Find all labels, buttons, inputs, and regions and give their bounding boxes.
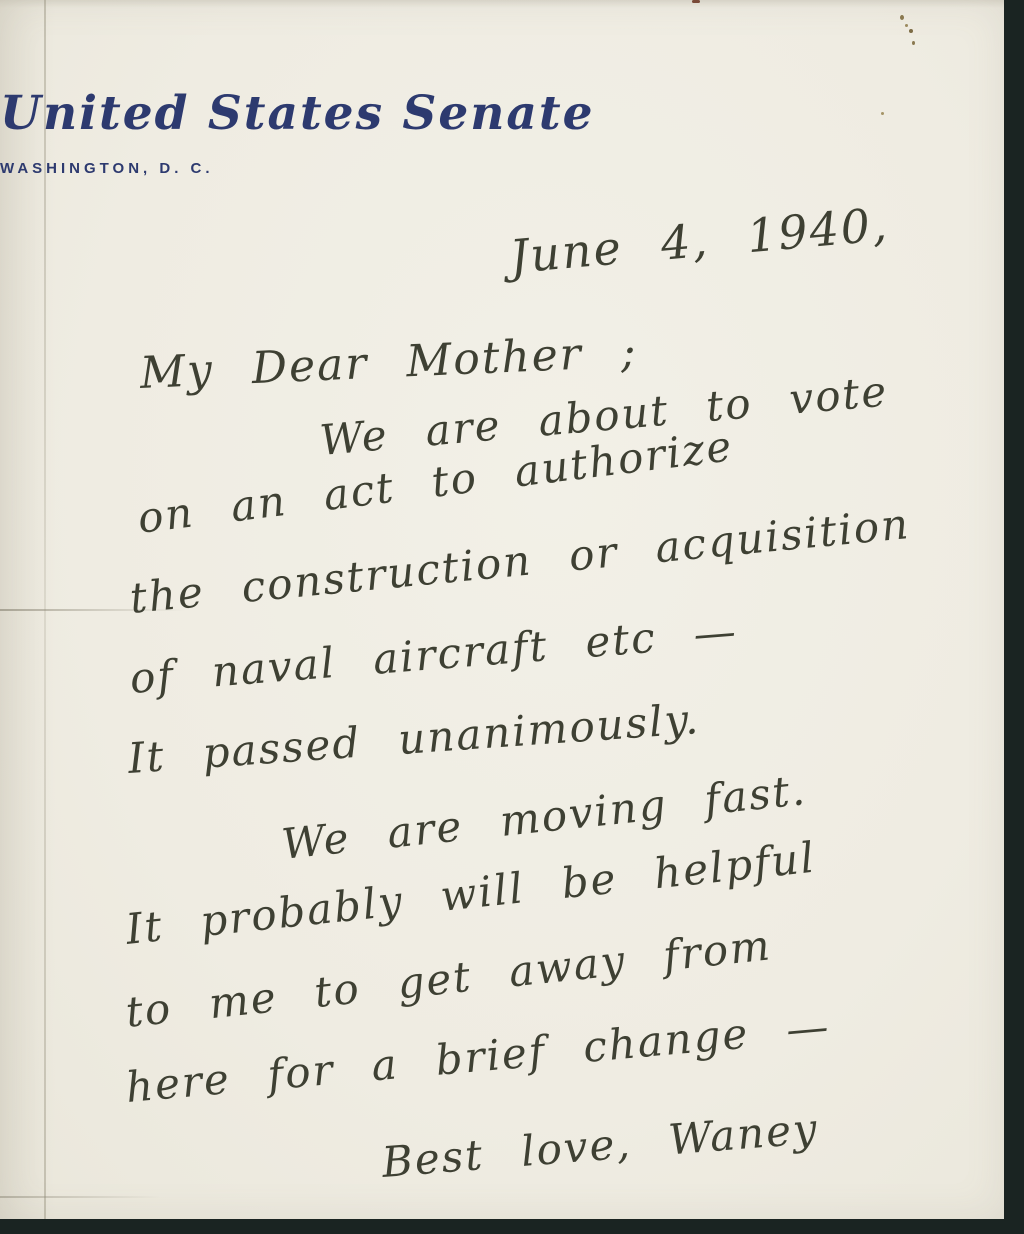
foxing-speck (912, 41, 915, 45)
letter-page: United States Senate WASHINGTON, D. C. J… (0, 0, 1004, 1219)
foxing-speck (905, 24, 908, 27)
body-line: It passed unanimously. (126, 694, 701, 783)
fold-crease-horizontal-bottom (0, 1196, 160, 1198)
foxing-speck (692, 0, 700, 3)
scan-background: United States Senate WASHINGTON, D. C. J… (0, 0, 1024, 1234)
letterhead-title: United States Senate (0, 86, 1004, 141)
salutation: My Dear Mother ; (139, 326, 639, 399)
foxing-speck (909, 29, 913, 33)
date-line: June 4, 1940, (508, 197, 891, 284)
foxing-speck (900, 15, 904, 20)
letterhead-location: WASHINGTON, D. C. (0, 160, 1004, 177)
body-line: of naval aircraft etc — (128, 606, 739, 703)
closing-signature: Best love, Waney (380, 1104, 820, 1187)
